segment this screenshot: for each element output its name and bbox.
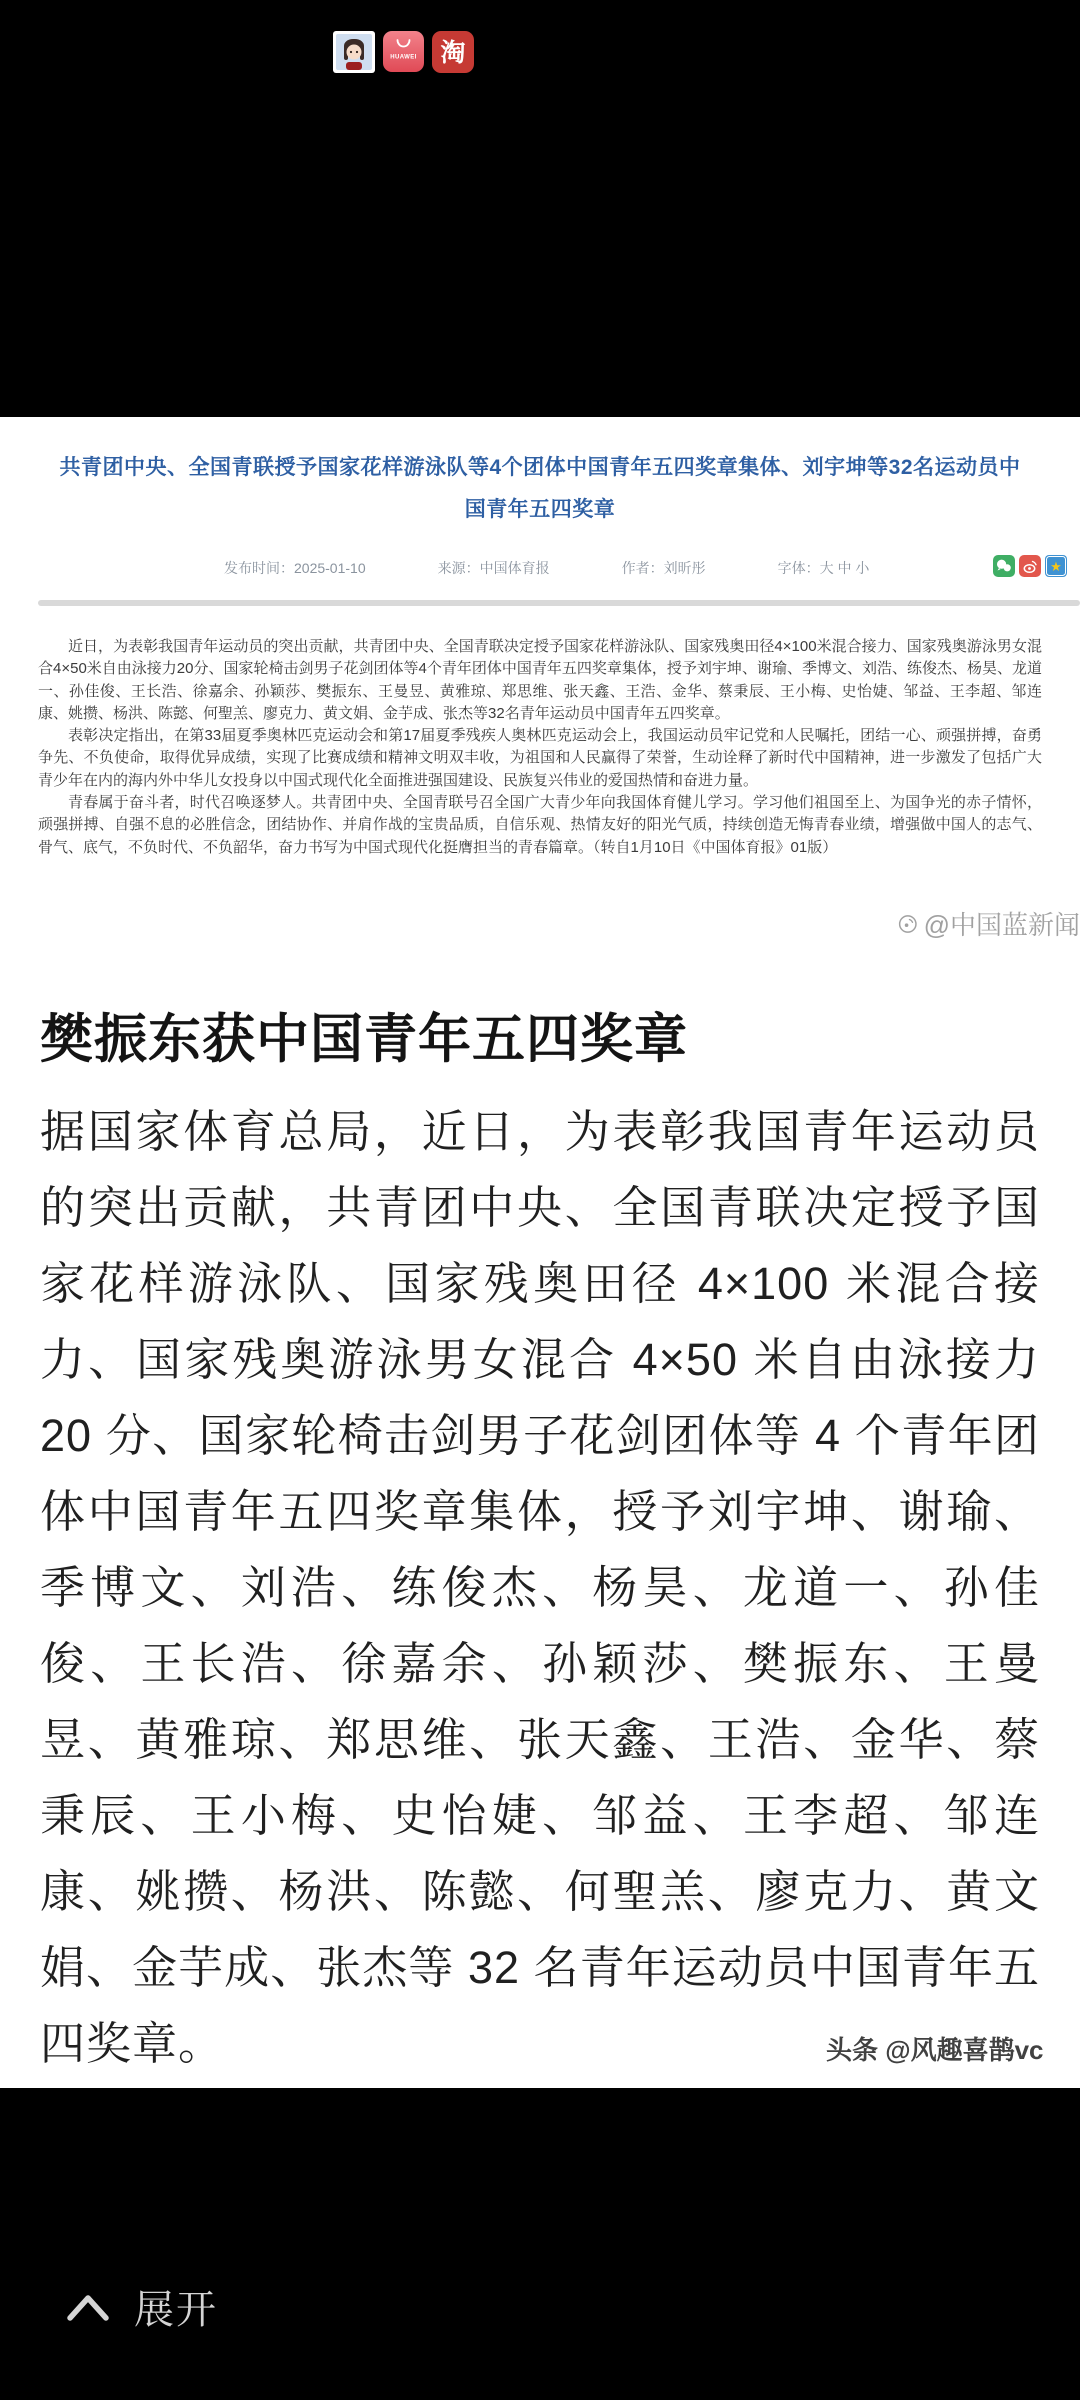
- font-size-switcher[interactable]: 字体：大 中 小: [778, 558, 870, 578]
- expand-label[interactable]: 展开: [134, 2278, 218, 2335]
- document-title: 共青团中央、全国青联授予国家花样游泳队等4个团体中国青年五四奖章集体、刘宇坤等3…: [55, 447, 1025, 531]
- document-paragraph: 表彰决定指出，在第33届夏季奥林匹克运动会和第17届夏季残疾人奥林匹克运动会上，…: [38, 725, 1042, 792]
- share-icons: ★: [993, 555, 1067, 580]
- weibo-badge-icon: [898, 912, 918, 936]
- document-body: 近日，为表彰我国青年运动员的突出贡献，共青团中央、全国青联决定授予国家花样游泳队…: [38, 636, 1042, 859]
- svg-text:HUAWEI: HUAWEI: [390, 55, 416, 61]
- qzone-star-icon[interactable]: ★: [1045, 555, 1067, 580]
- document-meta-row: 发布时间：2025-01-10 来源：中国体育报 作者：刘昕彤 字体：大 中 小: [224, 555, 1067, 580]
- taobao-glyph: 淘: [440, 38, 465, 67]
- media-watermark-text: @中国蓝新闻: [924, 905, 1080, 942]
- app-icon-row: HUAWEI 淘: [333, 31, 474, 78]
- weibo-icon[interactable]: [1019, 555, 1041, 580]
- huawei-appgallery-icon[interactable]: HUAWEI: [383, 31, 424, 77]
- media-watermark: @中国蓝新闻: [898, 905, 1080, 942]
- taobao-icon[interactable]: 淘: [432, 31, 474, 78]
- chevron-up-icon: [64, 2290, 112, 2324]
- document-paragraph: 近日，为表彰我国青年运动员的突出贡献，共青团中央、全国青联决定授予国家花样游泳队…: [38, 636, 1042, 725]
- expand-bar[interactable]: 展开: [64, 2278, 218, 2335]
- article-body-text: 据国家体育总局，近日，为表彰我国青年运动员的突出贡献，共青团中央、全国青联决定授…: [40, 1094, 1040, 2082]
- article-headline: 樊振东获中国青年五四奖章: [40, 997, 688, 1073]
- author: 作者：刘昕彤: [622, 558, 706, 578]
- user-avatar[interactable]: [333, 31, 375, 78]
- phone-screenshot: HUAWEI 淘 共青团中央、全国青联授予国家花样游泳队等4个团体中国青年五四奖…: [0, 0, 1080, 2400]
- source: 来源：中国体育报: [438, 558, 550, 578]
- embedded-webpage: 共青团中央、全国青联授予国家花样游泳队等4个团体中国青年五四奖章集体、刘宇坤等3…: [0, 417, 1080, 2088]
- publish-time: 发布时间：2025-01-10: [224, 558, 366, 578]
- divider: [38, 600, 1080, 606]
- toutiao-author-watermark: 头条 @风趣喜鹊vc: [826, 2030, 1044, 2067]
- wechat-icon[interactable]: [993, 555, 1015, 580]
- svg-text:★: ★: [1050, 560, 1062, 575]
- document-paragraph: 青春属于奋斗者，时代召唤逐梦人。共青团中央、全国青联号召全国广大青少年向我国体育…: [38, 792, 1042, 859]
